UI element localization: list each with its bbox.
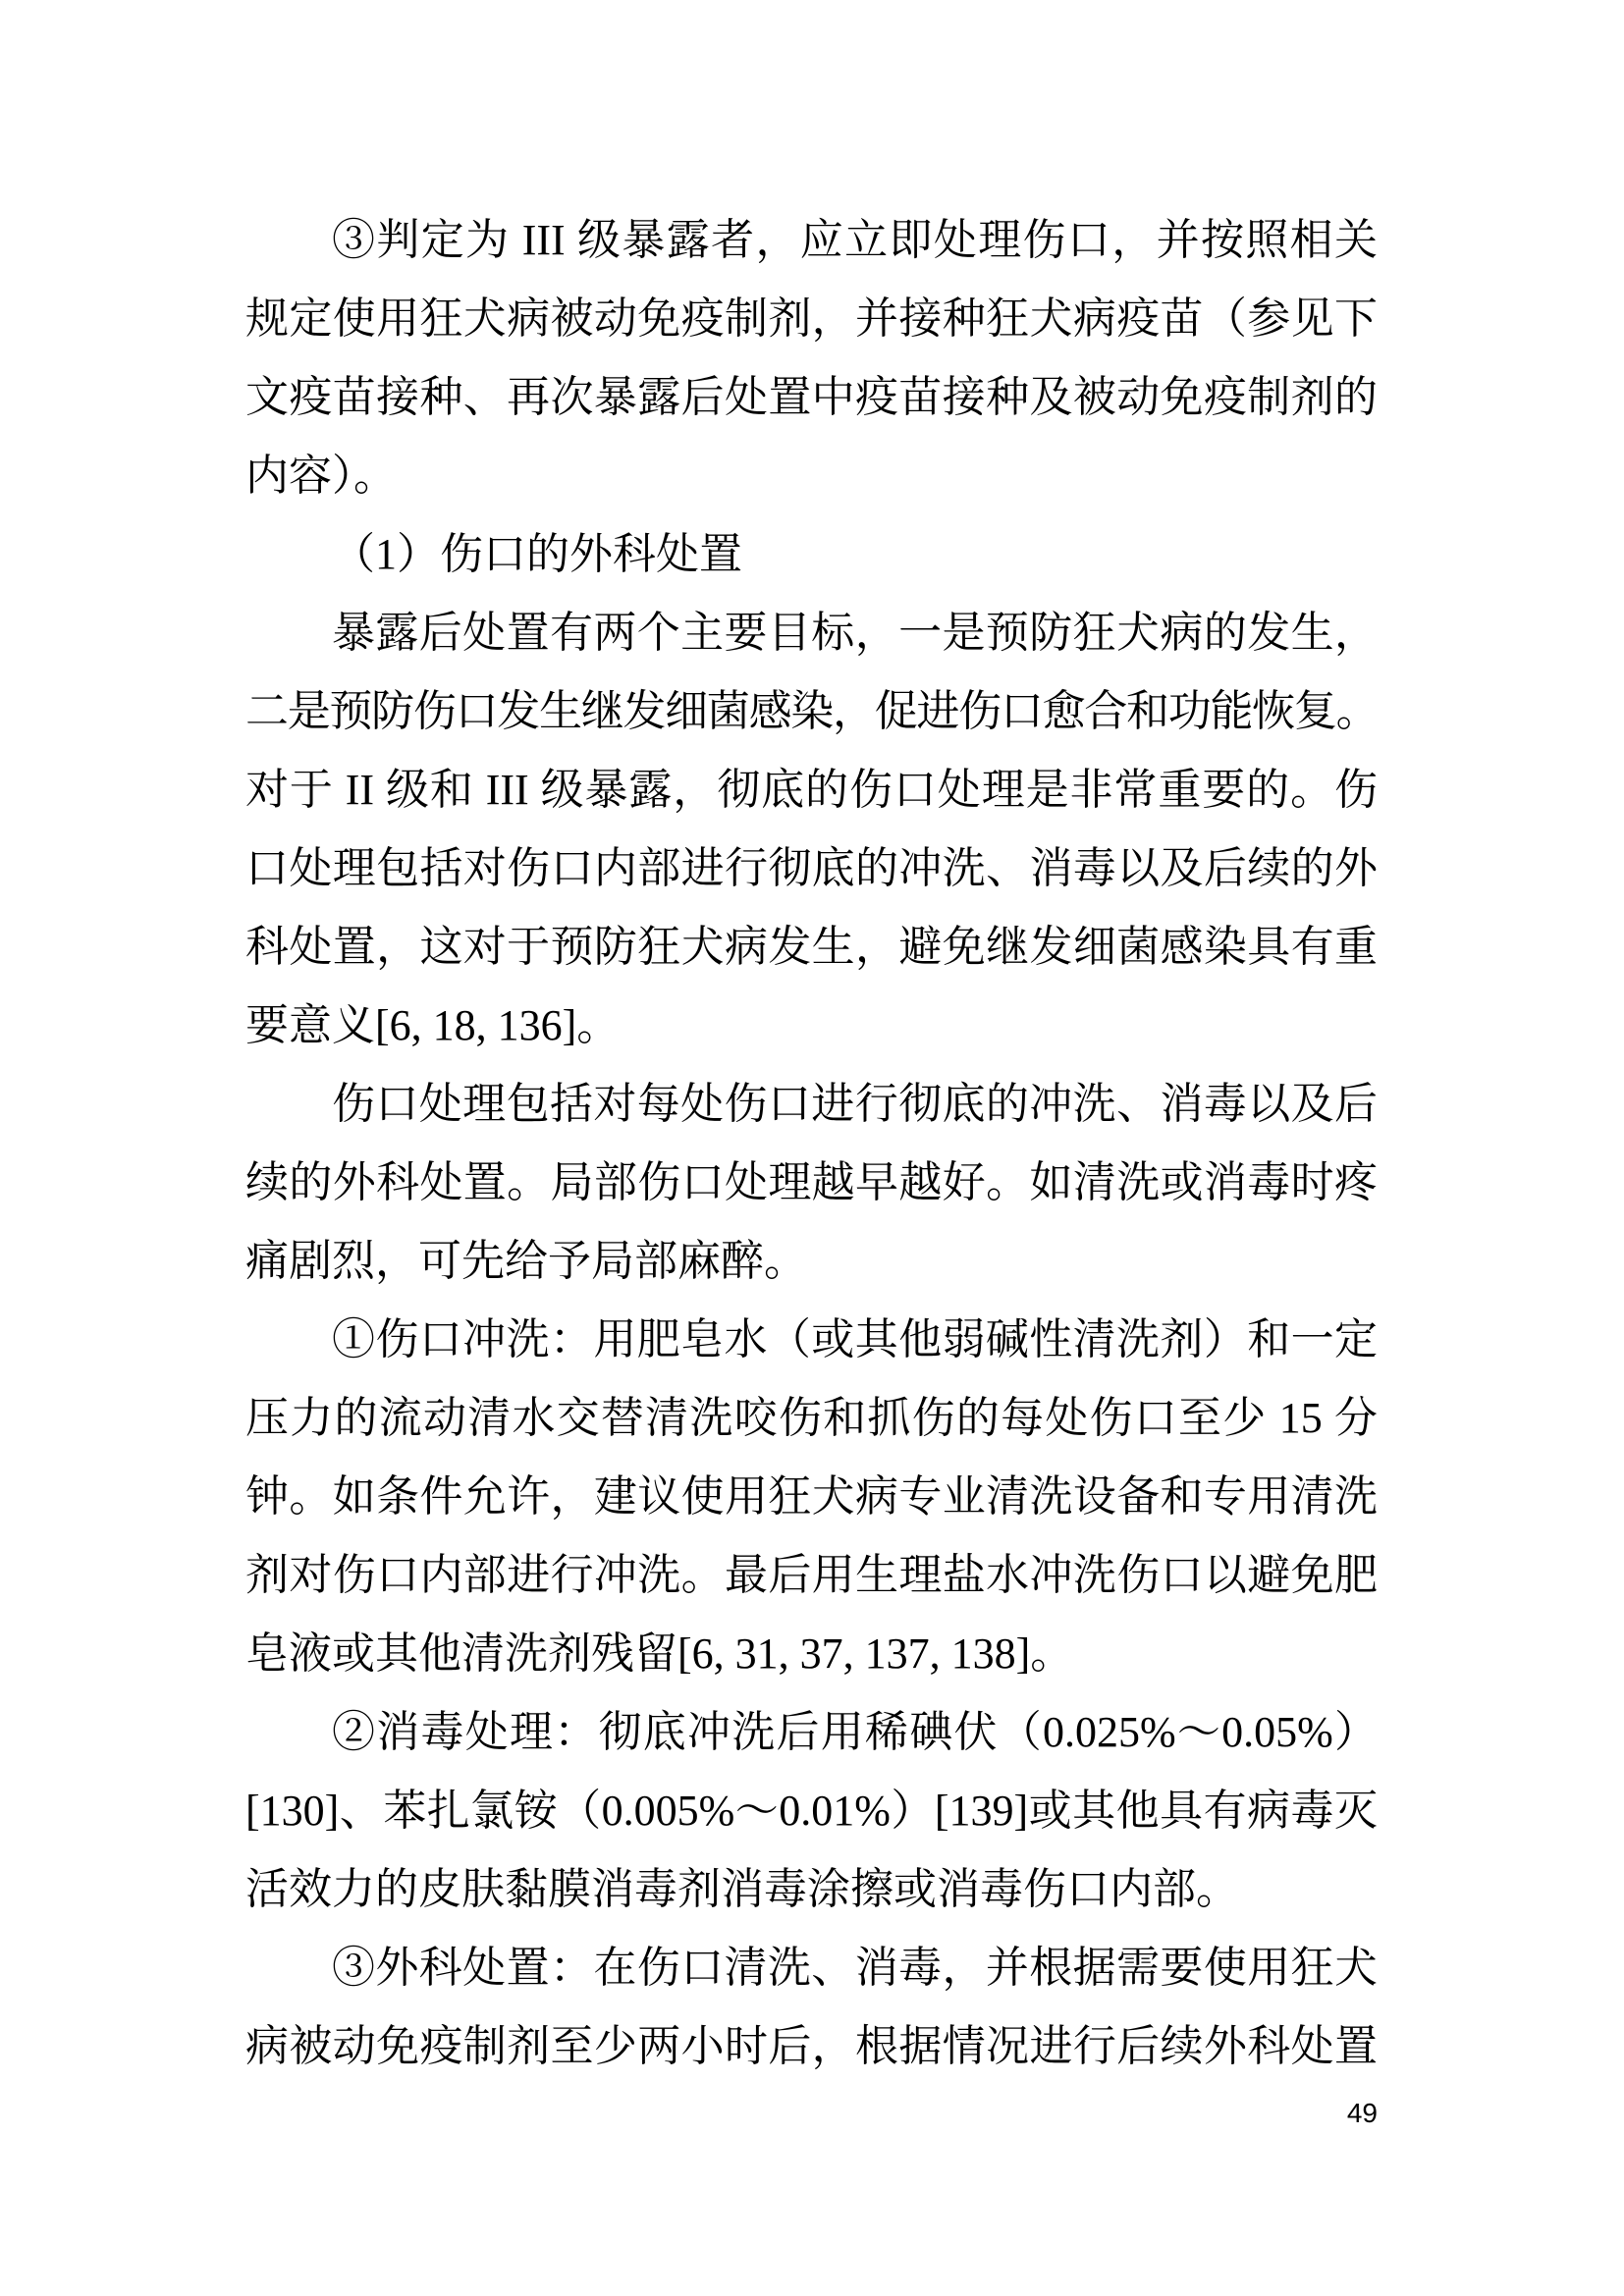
- text-line: 科处置，这对于预防狂犬病发生，避免继发细菌感染具有重: [245, 908, 1378, 987]
- text-line: 要意义[6, 18, 136]。: [245, 987, 1378, 1065]
- text-line: 规定使用狂犬病被动免疫制剂，并接种狂犬病疫苗（参见下: [245, 280, 1378, 358]
- document-page: ③判定为 III 级暴露者，应立即处理伤口，并按照相关 规定使用狂犬病被动免疫制…: [0, 0, 1624, 2296]
- section-heading: （1）伤口的外科处置: [245, 515, 1378, 594]
- text-line: 压力的流动清水交替清洗咬伤和抓伤的每处伤口至少 15 分: [245, 1379, 1378, 1458]
- text-line: 钟。如条件允许，建议使用狂犬病专业清洗设备和专用清洗: [245, 1458, 1378, 1536]
- text-line: 文疫苗接种、再次暴露后处置中疫苗接种及被动免疫制剂的: [245, 358, 1378, 437]
- text-line: 口处理包括对伤口内部进行彻底的冲洗、消毒以及后续的外: [245, 829, 1378, 908]
- text-line: 皂液或其他清洗剂残留[6, 31, 37, 137, 138]。: [245, 1615, 1378, 1693]
- text-line: 内容）。: [245, 437, 1378, 515]
- text-line: 剂对伤口内部进行冲洗。最后用生理盐水冲洗伤口以避免肥: [245, 1536, 1378, 1615]
- text-line: ③外科处置：在伤口清洗、消毒，并根据需要使用狂犬: [245, 1929, 1378, 2007]
- text-line: [130]、苯扎氯铵（0.005%～0.01%）[139]或其他具有病毒灭: [245, 1772, 1378, 1850]
- text-line: 病被动免疫制剂至少两小时后，根据情况进行后续外科处置: [245, 2007, 1378, 2086]
- text-line: 活效力的皮肤黏膜消毒剂消毒涂擦或消毒伤口内部。: [245, 1850, 1378, 1929]
- page-number: 49: [245, 2097, 1378, 2130]
- text-line: 伤口处理包括对每处伤口进行彻底的冲洗、消毒以及后: [245, 1065, 1378, 1144]
- text-line: 对于 II 级和 III 级暴露，彻底的伤口处理是非常重要的。伤: [245, 751, 1378, 829]
- text-line: ③判定为 III 级暴露者，应立即处理伤口，并按照相关: [245, 201, 1378, 280]
- text-line: 暴露后处置有两个主要目标，一是预防狂犬病的发生，: [245, 594, 1378, 672]
- text-line: ①伤口冲洗：用肥皂水（或其他弱碱性清洗剂）和一定: [245, 1301, 1378, 1379]
- text-line: ②消毒处理：彻底冲洗后用稀碘伏（0.025%～0.05%）: [245, 1693, 1378, 1772]
- text-block: ③判定为 III 级暴露者，应立即处理伤口，并按照相关 规定使用狂犬病被动免疫制…: [245, 201, 1378, 2086]
- text-line: 续的外科处置。局部伤口处理越早越好。如清洗或消毒时疼: [245, 1144, 1378, 1222]
- text-line: 痛剧烈，可先给予局部麻醉。: [245, 1222, 1378, 1301]
- text-line: 二是预防伤口发生继发细菌感染，促进伤口愈合和功能恢复。: [245, 672, 1378, 751]
